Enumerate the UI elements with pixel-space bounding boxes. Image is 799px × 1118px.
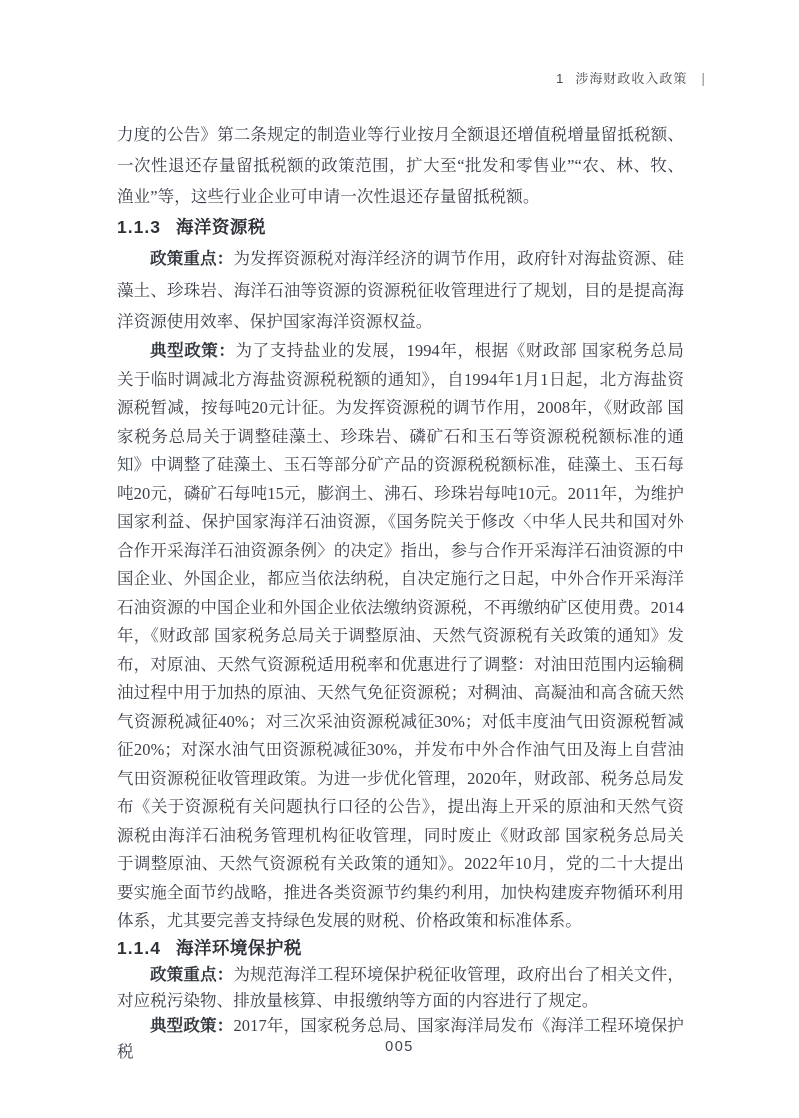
paragraph-text: 为了支持盐业的发展，1994年，根据《财政部 国家税务总局关于临时调减北方海盐资…	[117, 341, 684, 930]
page-number: 005	[385, 1039, 414, 1055]
section-heading-1-1-4: 1.1.4海洋环境保护税	[117, 936, 684, 960]
paragraph-lead: 政策重点：	[150, 966, 233, 984]
document-page: 1 涉海财政收入政策 | 力度的公告》第二条规定的制造业等行业按月全额退还增值税…	[0, 0, 799, 1118]
policy-focus-paragraph-113: 政策重点：为发挥资源税对海洋经济的调节作用，政府针对海盐资源、硅藻土、珍珠岩、海…	[117, 243, 684, 337]
paragraph-lead: 典型政策：	[150, 342, 236, 360]
paragraph-lead: 政策重点：	[150, 250, 233, 268]
section-number: 1.1.4	[117, 938, 161, 958]
page-body: 力度的公告》第二条规定的制造业等行业按月全额退还增值税增量留抵税额、一次性退还存…	[117, 119, 684, 1064]
section-heading-1-1-3: 1.1.3海洋资源税	[117, 215, 684, 239]
section-title: 海洋资源税	[176, 217, 266, 237]
policy-focus-paragraph-114: 政策重点：为规范海洋工程环境保护税征收管理，政府出台了相关文件，对应税污染物、排…	[117, 962, 684, 1013]
running-header: 1 涉海财政收入政策 |	[556, 70, 706, 87]
chapter-number: 1	[556, 70, 564, 87]
typical-policy-paragraph-113: 典型政策：为了支持盐业的发展，1994年，根据《财政部 国家税务总局关于临时调减…	[117, 337, 684, 936]
paragraph-continuation: 力度的公告》第二条规定的制造业等行业按月全额退还增值税增量留抵税额、一次性退还存…	[117, 119, 684, 212]
chapter-title: 涉海财政收入政策	[575, 70, 687, 87]
page-footer: 005	[0, 1038, 799, 1056]
header-separator-mark: |	[701, 70, 706, 87]
section-number: 1.1.3	[117, 217, 161, 237]
paragraph-lead: 典型政策：	[150, 1017, 233, 1035]
section-title: 海洋环境保护税	[176, 938, 302, 958]
